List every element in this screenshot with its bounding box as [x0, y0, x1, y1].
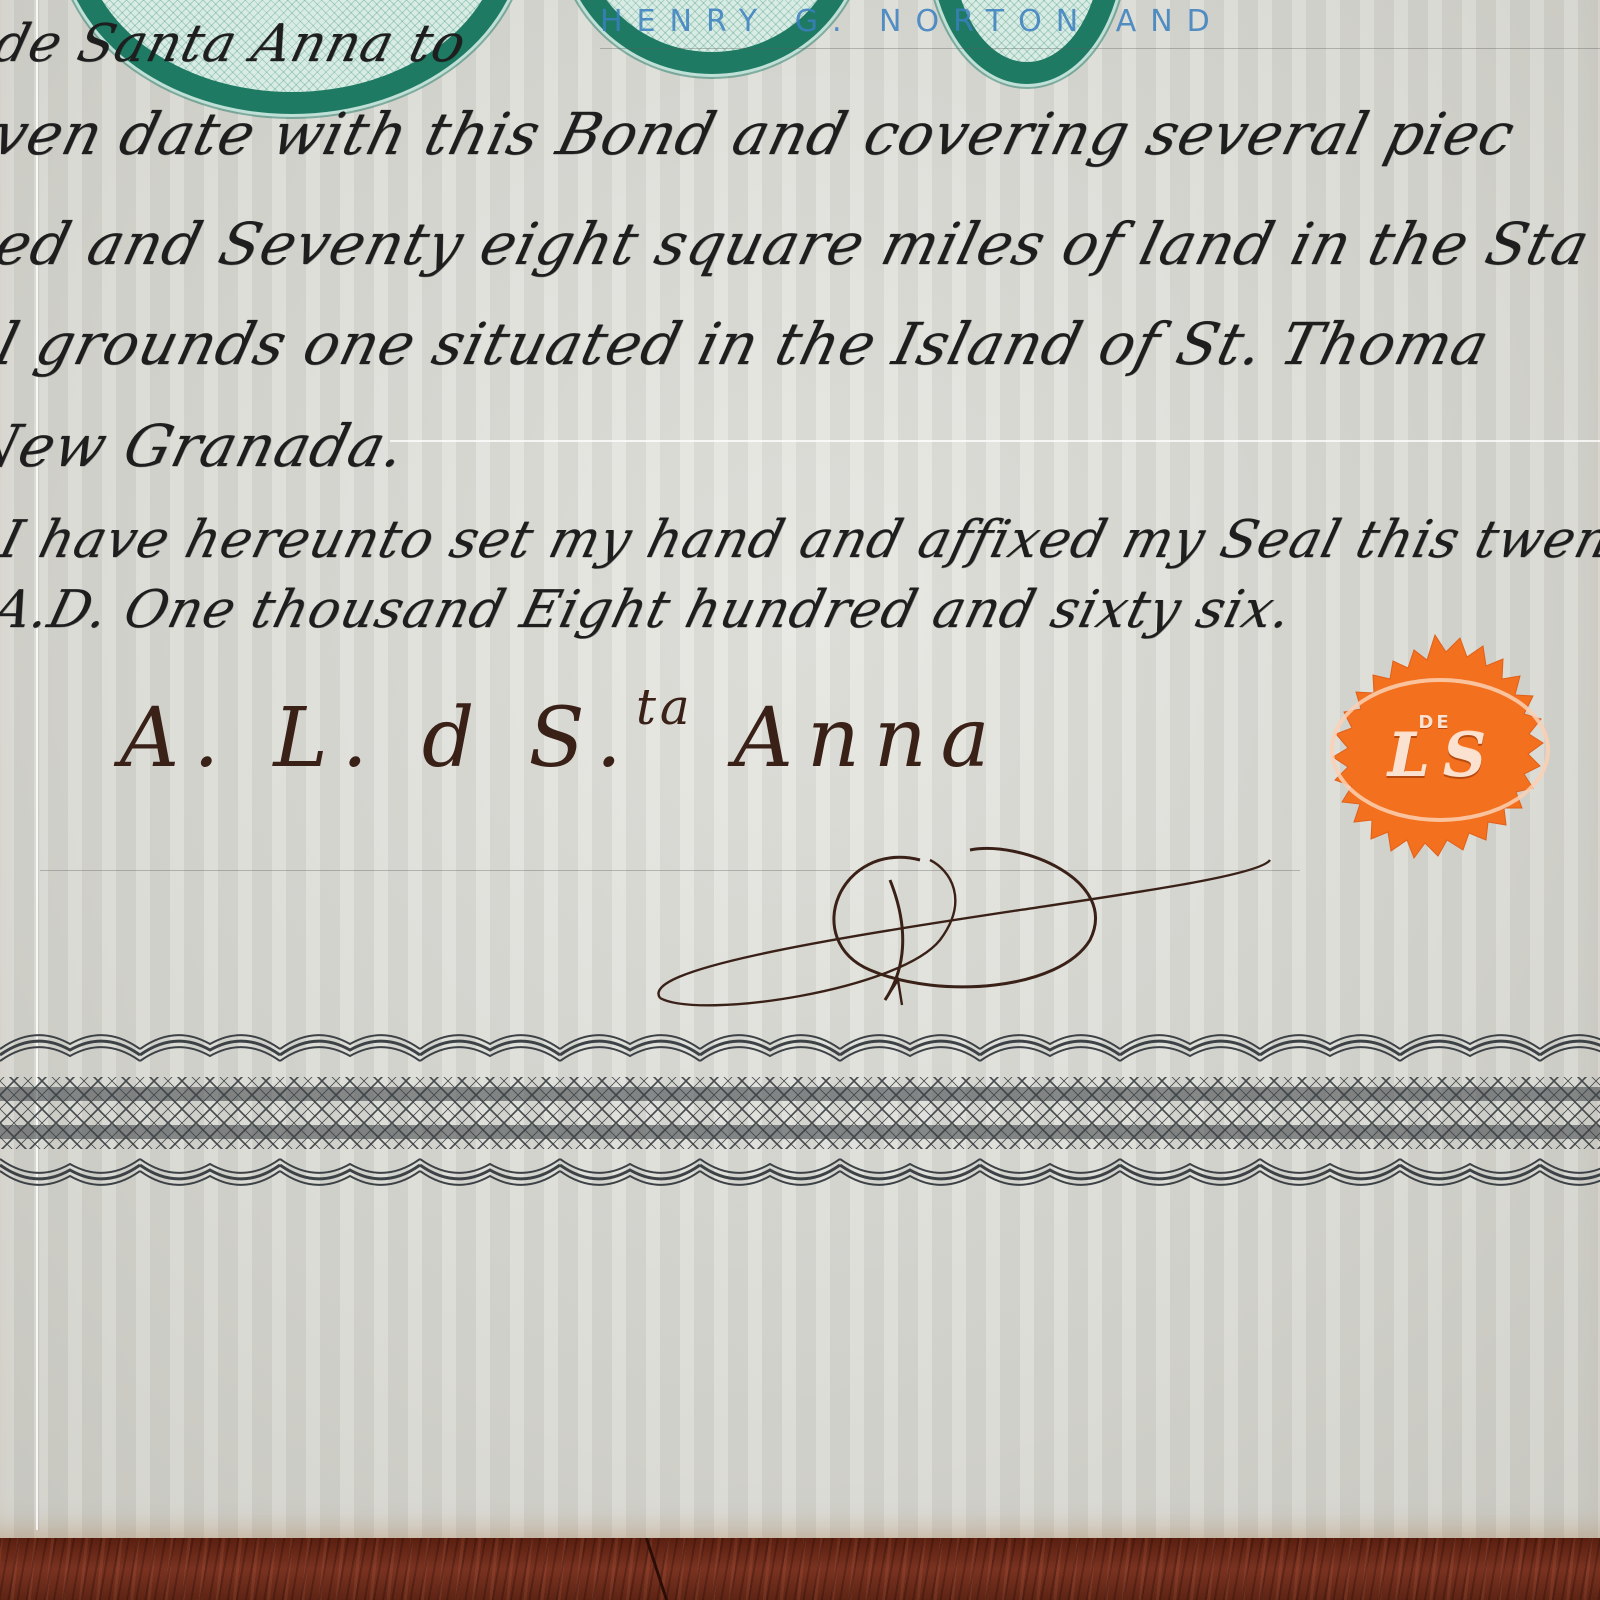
body-line-4: l grounds one situated in the Island of … [0, 310, 1496, 378]
body-line-2: ven date with this Bond and covering sev… [0, 100, 1522, 168]
signature-superscript: ta [636, 678, 694, 736]
guilloche-border-band [0, 1025, 1600, 1195]
header-rule [600, 48, 1600, 49]
wooden-table-surface [0, 1538, 1600, 1600]
bond-paper: HENRY G. NORTON AND de Santa Anna to ven… [0, 0, 1600, 1543]
handwritten-signature: A. L. d S.ta Anna [120, 678, 1004, 786]
signature-initials: A. L. d S. [120, 691, 636, 786]
signature-surname: Anna [734, 691, 1004, 786]
seal-embossed-monogram: DE L S [1290, 630, 1580, 900]
body-line-5: New Granada. [0, 412, 413, 480]
paper-fold-horizontal [390, 440, 1600, 442]
signature-rubric-flourish [640, 820, 1280, 1040]
seal-monogram-letters: L S [1388, 721, 1482, 791]
body-line-6: I have hereunto set my hand and affixed … [0, 510, 1600, 570]
body-line-3: ed and Seventy eight square miles of lan… [0, 210, 1597, 278]
orange-wafer-seal: DE L S [1290, 630, 1580, 900]
body-line-7: A.D. One thousand Eight hundred and sixt… [0, 580, 1298, 640]
body-line-1: de Santa Anna to [0, 14, 472, 74]
engraved-name-caps: HENRY G. NORTON AND [600, 4, 1224, 39]
